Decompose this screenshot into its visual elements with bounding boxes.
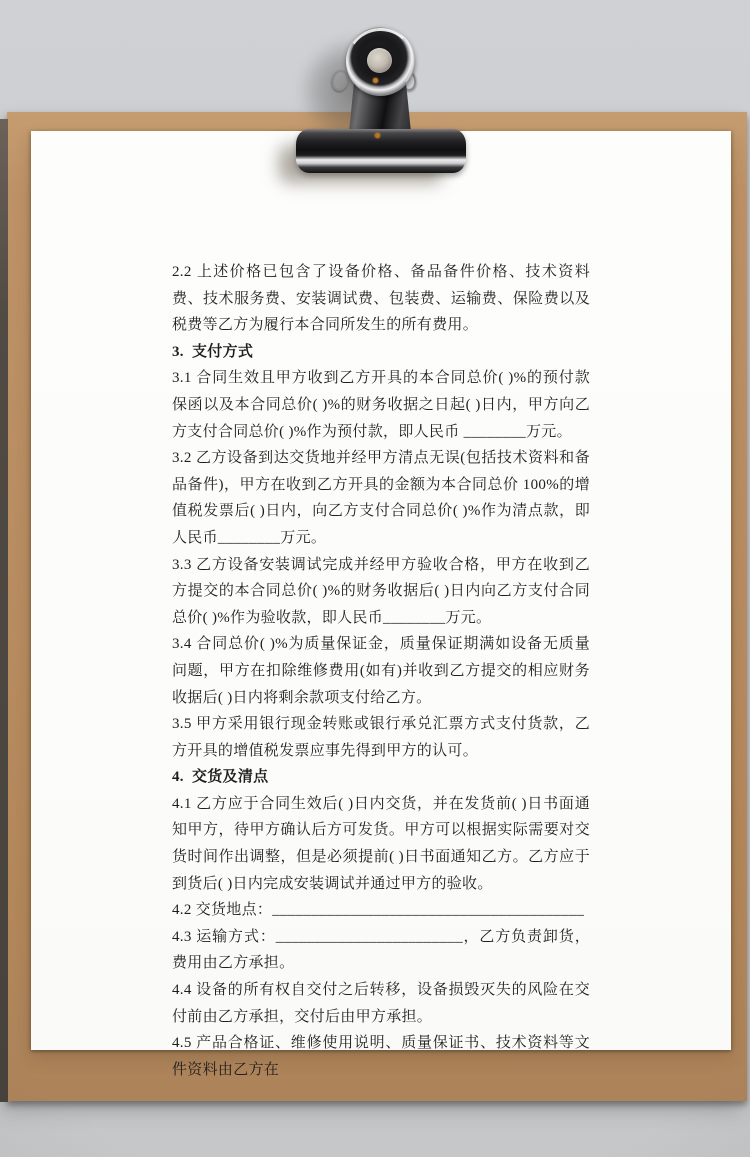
contract-paragraph: 4.4 设备的所有权自交付之后转移，设备损毁灭失的风险在交付前由乙方承担，交付后… — [172, 977, 590, 1030]
contract-paragraph: 3.2 乙方设备到达交货地并经甲方清点无误(包括技术资料和备品备件)，甲方在收到… — [172, 445, 590, 551]
clip-reflection-glint — [373, 78, 378, 83]
contract-paper: 2.2 上述价格已包含了设备价格、备品备件价格、技术资料费、技术服务费、安装调试… — [31, 131, 731, 1050]
clip-spring-hole — [367, 48, 392, 73]
clip-spring-circle — [346, 27, 415, 96]
binder-clip — [270, 14, 490, 184]
contract-paragraph: 3.1 合同生效且甲方收到乙方开具的本合同总价( )%的预付款保函以及本合同总价… — [172, 365, 590, 445]
contract-paragraph: 3.5 甲方采用银行现金转账或银行承兑汇票方式支付货款，乙方开具的增值税发票应事… — [172, 711, 590, 764]
contract-paragraph: 2.2 上述价格已包含了设备价格、备品备件价格、技术资料费、技术服务费、安装调试… — [172, 259, 590, 339]
contract-paragraph: 3.3 乙方设备安装调试完成并经甲方验收合格，甲方在收到乙方提交的本合同总价( … — [172, 552, 590, 632]
contract-text: 2.2 上述价格已包含了设备价格、备品备件价格、技术资料费、技术服务费、安装调试… — [172, 259, 590, 1083]
clipboard-board: 2.2 上述价格已包含了设备价格、备品备件价格、技术资料费、技术服务费、安装调试… — [7, 112, 747, 1101]
clip-jaw — [296, 129, 466, 173]
contract-paragraph: 4.3 运输方式：________________________，乙方负责卸货… — [172, 924, 590, 977]
contract-paragraph: 4.2 交货地点：_______________________________… — [172, 897, 590, 924]
contract-paragraph: 3.4 合同总价( )%为质量保证金，质量保证期满如设备无质量问题，甲方在扣除维… — [172, 631, 590, 711]
contract-paragraph: 4.1 乙方应于合同生效后( )日内交货，并在发货前( )日书面通知甲方，待甲方… — [172, 791, 590, 897]
section-heading: 3. 支付方式 — [172, 339, 590, 366]
contract-paragraph: 4.5 产品合格证、维修使用说明、质量保证书、技术资料等文件资料由乙方在 — [172, 1030, 590, 1083]
clip-reflection-glint — [375, 133, 380, 138]
section-heading: 4. 交货及清点 — [172, 764, 590, 791]
scene: 2.2 上述价格已包含了设备价格、备品备件价格、技术资料费、技术服务费、安装调试… — [0, 0, 750, 1157]
clipboard-board-side-edge — [0, 119, 8, 1102]
